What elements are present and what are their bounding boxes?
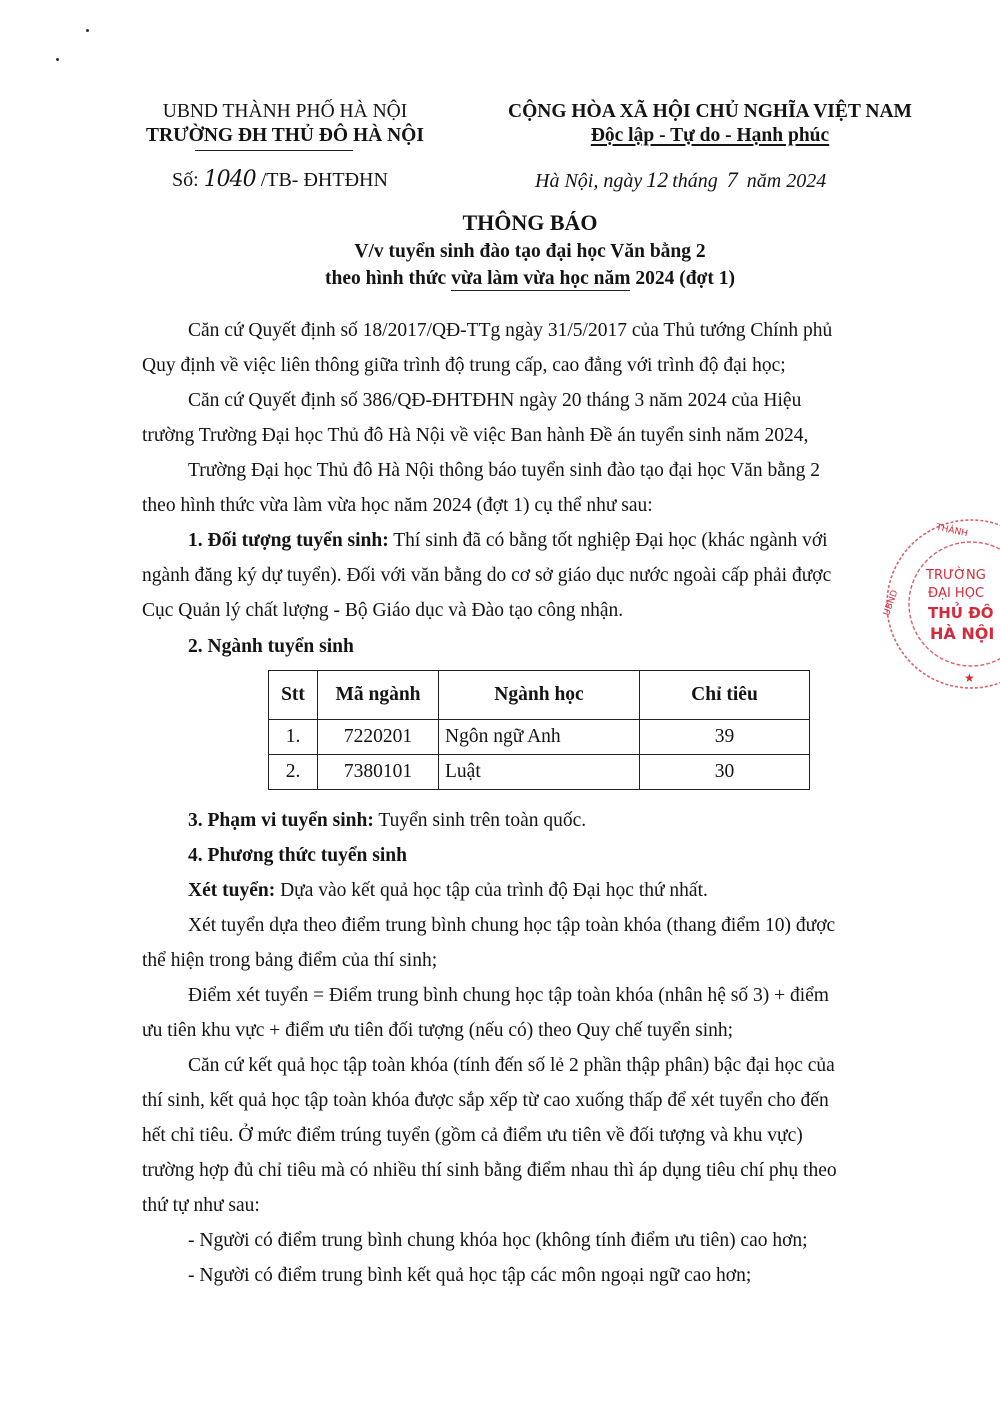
text-line: - Người có điểm trung bình kết quả học t… — [188, 1265, 751, 1286]
doc-number-suffix: /TB- ĐHTĐHN — [261, 169, 388, 191]
text-line: trường Trường Đại học Thủ đô Hà Nội về v… — [142, 425, 808, 446]
national-motto-block: CỘNG HÒA XÃ HỘI CHỦ NGHĨA VIỆT NAM Độc l… — [480, 100, 940, 148]
text-line: Căn cứ Quyết định số 386/QĐ-ĐHTĐHN ngày … — [188, 390, 801, 411]
title-subject-line2: theo hình thức vừa làm vừa học năm 2024 … — [130, 265, 930, 292]
gpa-paragraph-cont: thể hiện trong bảng điểm của thí sinh; — [142, 944, 924, 979]
tiebreak-criterion-1: - Người có điểm trung bình chung khóa họ… — [142, 1224, 924, 1259]
date-prefix: Hà Nội, ngày — [535, 170, 642, 192]
scan-speck — [86, 29, 89, 32]
document-number: Số: 1040 /TB- ĐHTĐHN — [172, 167, 388, 192]
gpa-paragraph: Xét tuyển dựa theo điểm trung bình chung… — [142, 909, 924, 944]
text-line: thứ tự như sau: — [142, 1195, 260, 1216]
basis-paragraph-1: Căn cứ Quyết định số 18/2017/QĐ-TTg ngày… — [142, 314, 924, 349]
text-line: Xét tuyển dựa theo điểm trung bình chung… — [188, 915, 835, 936]
title-main: THÔNG BÁO — [130, 208, 930, 238]
doc-number-prefix: Số: — [172, 169, 199, 191]
text-line: hết chỉ tiêu. Ở mức điểm trúng tuyển (gồ… — [142, 1125, 803, 1146]
text-line: Cục Quản lý chất lượng - Bộ Giáo dục và … — [142, 600, 623, 621]
text-line: ưu tiên khu vực + điểm ưu tiên đối tượng… — [142, 1020, 733, 1041]
tiebreak-criterion-2: - Người có điểm trung bình kết quả học t… — [142, 1259, 924, 1294]
issuer-underline — [195, 150, 353, 151]
text-line: theo hình thức vừa làm vừa học năm 2024 … — [142, 495, 653, 516]
seal-line-3: THỦ ĐÔ — [928, 604, 994, 622]
issuer-parent: UBND THÀNH PHỐ HÀ NỘI — [130, 100, 440, 124]
title-sub2-underlined: vừa làm vừa học năm — [451, 268, 630, 291]
document-title: THÔNG BÁO V/v tuyển sinh đào tạo đại học… — [130, 208, 930, 292]
col-header-quota: Chỉ tiêu — [640, 671, 810, 720]
national-motto: Độc lập - Tự do - Hạnh phúc — [591, 125, 829, 146]
text-line: Điểm xét tuyển = Điểm trung bình chung h… — [188, 985, 829, 1006]
text-line: Căn cứ kết quả học tập toàn khóa (tính đ… — [188, 1055, 835, 1076]
doc-number-handwritten: 1040 — [204, 167, 256, 192]
text-line: Quy định về việc liên thông giữa trình đ… — [142, 355, 786, 376]
title-sub2-plain: theo hình thức — [325, 268, 451, 289]
ranking-paragraph-cont4: thứ tự như sau: — [142, 1189, 924, 1224]
official-seal-stamp: ★ TRƯỜNG ĐẠI HỌC THỦ ĐÔ HÀ NỘI THÀNH UBN… — [876, 518, 1000, 690]
cell-code: 7220201 — [318, 720, 439, 755]
issuer-block: UBND THÀNH PHỐ HÀ NỘI TRƯỜNG ĐH THỦ ĐÔ H… — [130, 100, 440, 148]
score-formula-cont: ưu tiên khu vực + điểm ưu tiên đối tượng… — [142, 1014, 924, 1049]
cell-quota: 30 — [640, 755, 810, 790]
text-line: - Người có điểm trung bình chung khóa họ… — [188, 1230, 808, 1251]
majors-table: Stt Mã ngành Ngành học Chỉ tiêu 1. 72202… — [268, 670, 810, 790]
title-subject-line1: V/v tuyển sinh đào tạo đại học Văn bằng … — [130, 238, 930, 265]
text-line: ngành đăng ký dự tuyển). Đối với văn bằn… — [142, 565, 831, 586]
admission-method: Xét tuyển: Dựa vào kết quả học tập của t… — [142, 874, 924, 909]
issuer-name: TRƯỜNG ĐH THỦ ĐÔ HÀ NỘI — [130, 124, 440, 148]
text-line: trường hợp đủ chỉ tiêu mà có nhiều thí s… — [142, 1160, 837, 1181]
section-1-cont: ngành đăng ký dự tuyển). Đối với văn bằn… — [142, 559, 924, 594]
date-month-label: tháng — [672, 170, 718, 192]
section-2: 2. Ngành tuyển sinh — [142, 630, 924, 665]
cell-code: 7380101 — [318, 755, 439, 790]
section-2-heading: 2. Ngành tuyển sinh — [188, 636, 354, 657]
national-motto-wrap: Độc lập - Tự do - Hạnh phúc — [480, 124, 940, 148]
date-month: 7 — [723, 167, 742, 192]
intro-paragraph-cont: theo hình thức vừa làm vừa học năm 2024 … — [142, 489, 924, 524]
col-header-stt: Stt — [269, 671, 318, 720]
ranking-paragraph: Căn cứ kết quả học tập toàn khóa (tính đ… — [142, 1049, 924, 1084]
section-1-heading: 1. Đối tượng tuyển sinh: — [188, 530, 389, 551]
col-header-major: Ngành học — [439, 671, 640, 720]
section-1-cont2: Cục Quản lý chất lượng - Bộ Giáo dục và … — [142, 594, 924, 629]
cell-quota: 39 — [640, 720, 810, 755]
ranking-paragraph-cont2: hết chỉ tiêu. Ở mức điểm trúng tuyển (gồ… — [142, 1119, 924, 1154]
cell-stt: 2. — [269, 755, 318, 790]
col-header-code: Mã ngành — [318, 671, 439, 720]
date-year: năm 2024 — [747, 170, 826, 192]
title-sub2-end: 2024 (đợt 1) — [630, 268, 735, 289]
table-header-row: Stt Mã ngành Ngành học Chỉ tiêu — [269, 671, 810, 720]
svg-text:★: ★ — [964, 671, 975, 685]
ranking-paragraph-cont: thí sinh, kết quả học tập toàn khóa được… — [142, 1084, 924, 1119]
seal-line-4: HÀ NỘI — [930, 624, 994, 643]
seal-line-2: ĐẠI HỌC — [928, 586, 984, 601]
scan-speck — [56, 58, 59, 61]
section-3-heading: 3. Phạm vi tuyển sinh: — [188, 810, 374, 831]
admission-method-label: Xét tuyển: — [188, 880, 275, 901]
cell-stt: 1. — [269, 720, 318, 755]
ranking-paragraph-cont3: trường hợp đủ chỉ tiêu mà có nhiều thí s… — [142, 1154, 924, 1189]
basis-paragraph-1-cont: Quy định về việc liên thông giữa trình đ… — [142, 349, 924, 384]
score-formula: Điểm xét tuyển = Điểm trung bình chung h… — [142, 979, 924, 1014]
text-line: Dựa vào kết quả học tập của trình độ Đại… — [275, 880, 708, 901]
intro-paragraph: Trường Đại học Thủ đô Hà Nội thông báo t… — [142, 454, 924, 489]
seal-line-1: TRƯỜNG — [926, 568, 986, 583]
document-date: Hà Nội, ngày12tháng 7 năm 2024 — [535, 167, 826, 193]
table-row: 1. 7220201 Ngôn ngữ Anh 39 — [269, 720, 810, 755]
text-line: thể hiện trong bảng điểm của thí sinh; — [142, 950, 437, 971]
text-line: Tuyển sinh trên toàn quốc. — [374, 810, 586, 831]
basis-paragraph-2-cont: trường Trường Đại học Thủ đô Hà Nội về v… — [142, 419, 924, 454]
basis-paragraph-2: Căn cứ Quyết định số 386/QĐ-ĐHTĐHN ngày … — [142, 384, 924, 419]
cell-major: Ngôn ngữ Anh — [439, 720, 640, 755]
text-line: Thí sinh đã có bằng tốt nghiệp Đại học (… — [389, 530, 828, 551]
section-3: 3. Phạm vi tuyển sinh: Tuyển sinh trên t… — [142, 804, 924, 839]
text-line: Căn cứ Quyết định số 18/2017/QĐ-TTg ngày… — [188, 320, 832, 341]
date-day: 12 — [642, 167, 672, 192]
national-title: CỘNG HÒA XÃ HỘI CHỦ NGHĨA VIỆT NAM — [480, 100, 940, 124]
section-1: 1. Đối tượng tuyển sinh: Thí sinh đã có … — [142, 524, 924, 559]
table-row: 2. 7380101 Luật 30 — [269, 755, 810, 790]
text-line: Trường Đại học Thủ đô Hà Nội thông báo t… — [188, 460, 820, 481]
text-line: thí sinh, kết quả học tập toàn khóa được… — [142, 1090, 829, 1111]
section-4: 4. Phương thức tuyển sinh — [142, 839, 924, 874]
section-4-heading: 4. Phương thức tuyển sinh — [188, 845, 407, 866]
cell-major: Luật — [439, 755, 640, 790]
